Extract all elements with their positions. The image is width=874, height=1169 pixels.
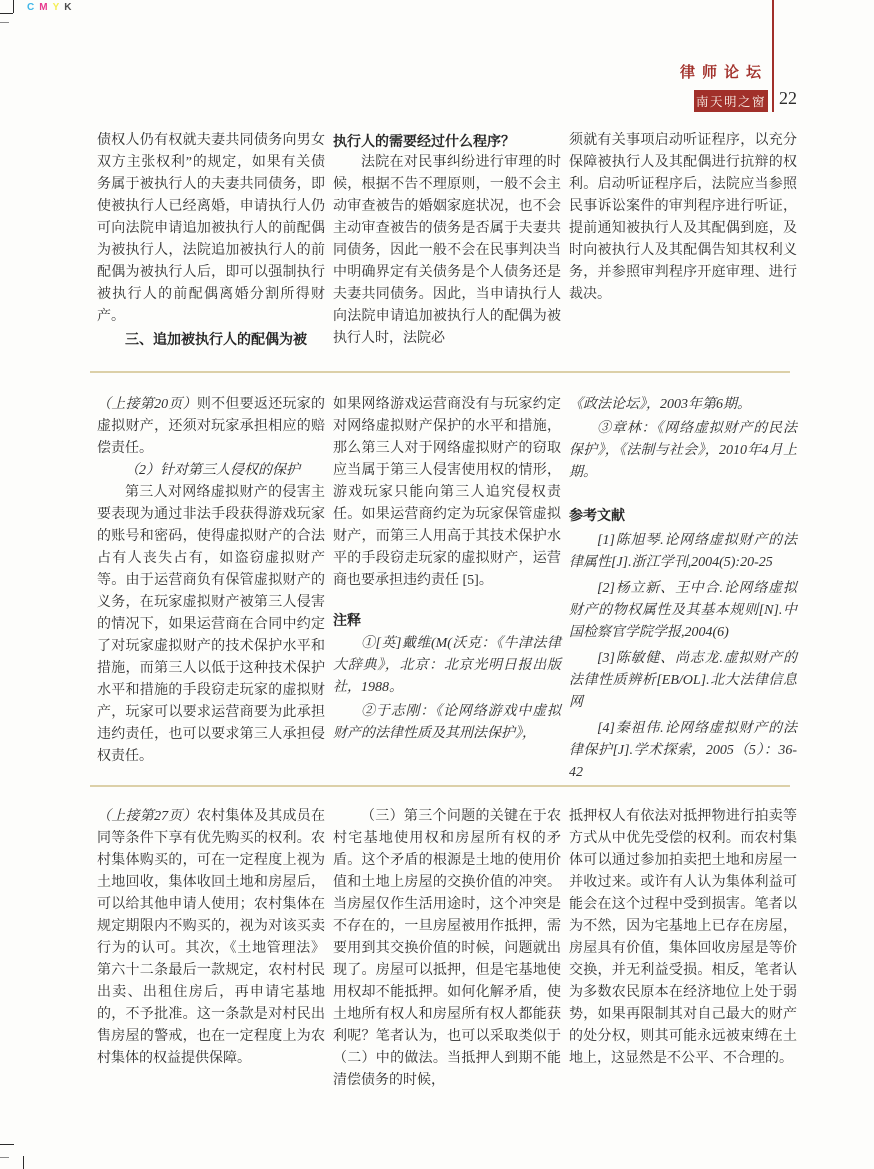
note-item-continued: 《政法论坛》，2003年第6期。 <box>569 394 797 416</box>
body-paragraph: 第三人对网络虚拟财产的侵害主要表现为通过非法手段获得游戏玩家的账号和密码，使得虚… <box>97 482 325 768</box>
inline-section-heading: 三、追加被执行人的配偶为被 <box>97 328 325 350</box>
article-middle-column-1: （上接第20页）则不但要返还玩家的虚拟财产，还须对玩家承担相应的赔偿责任。 （2… <box>97 394 325 784</box>
body-paragraph: （上接第27页）农村集体及其成员在同等条件下享有优先购买的权利。农村集体购买的，… <box>97 806 325 1070</box>
article-bottom: （上接第27页）农村集体及其成员在同等条件下享有优先购买的权利。农村集体购买的，… <box>97 806 797 1092</box>
body-paragraph: 须就有关事项启动听证程序，以充分保障被执行人及其配偶进行抗辩的权利。启动听证程序… <box>569 130 797 306</box>
paragraph-text: 农村集体及其成员在同等条件下享有优先购买的权利。农村集体购买的，可在一定程度上视… <box>97 809 325 1066</box>
body-paragraph: （三）第三个问题的关键在于农村宅基地使用权和房屋所有权的矛盾。这个矛盾的根源是土… <box>333 806 561 1092</box>
cmyk-y-label: Y <box>53 2 60 13</box>
body-paragraph: 如果网络游戏运营商没有与玩家约定对网络虚拟财产保护的水平和措施，那么第三人对于网… <box>333 394 561 592</box>
sub-heading: （2）针对第三人侵权的保护 <box>97 460 325 482</box>
reference-item: [1]陈旭琴.论网络虚拟财产的法律属性[J].浙江学刊,2004(5):20-2… <box>569 530 797 574</box>
crop-mark <box>13 0 14 13</box>
note-item: ③章林：《网络虚拟财产的民法保护》，《法制与社会》，2010年4月上期。 <box>569 418 797 484</box>
article-top: 债权人仍有权就夫妻共同债务向男女双方主张权利”的规定，如果有关债务属于被执行人的… <box>97 130 797 350</box>
continued-from-note: （上接第27页） <box>97 809 197 824</box>
article-bottom-column-3: 抵押权人有依法对抵押物进行拍卖等方式从中优先受偿的权利。而农村集体可以通过参加拍… <box>569 806 797 1092</box>
article-middle-column-3: 《政法论坛》，2003年第6期。 ③章林：《网络虚拟财产的民法保护》，《法制与社… <box>569 394 797 784</box>
article-bottom-column-1: （上接第27页）农村集体及其成员在同等条件下享有优先购买的权利。农村集体购买的，… <box>97 806 325 1092</box>
cmyk-c-label: C <box>27 2 34 13</box>
article-bottom-column-2: （三）第三个问题的关键在于农村宅基地使用权和房屋所有权的矛盾。这个矛盾的根源是土… <box>333 806 561 1092</box>
section-separator <box>90 785 790 787</box>
body-paragraph: 法院在对民事纠纷进行审理的时候，根据不告不理原则，一般不会主动审查被告的婚姻家庭… <box>333 152 561 350</box>
journal-page: CMYK 律师论坛 南天明之窗 22 债权人仍有权就夫妻共同债务向男女双方主张权… <box>0 0 874 1169</box>
cmyk-k-label: K <box>64 2 71 13</box>
reference-item: [4]秦祖伟.论网络虚拟财产的法律保护[J].学术探索，2005（5）：36-4… <box>569 718 797 784</box>
notes-heading: 注释 <box>333 609 561 631</box>
body-paragraph: 抵押权人有依法对抵押物进行拍卖等方式从中优先受偿的权利。而农村集体可以通过参加拍… <box>569 806 797 1070</box>
crop-mark <box>0 1144 14 1145</box>
body-paragraph: （上接第20页）则不但要返还玩家的虚拟财产，还须对玩家承担相应的赔偿责任。 <box>97 394 325 460</box>
cmyk-print-marks: CMYK <box>27 2 76 13</box>
article-top-column-2: 执行人的需要经过什么程序？ 法院在对民事纠纷进行审理的时候，根据不告不理原则，一… <box>333 130 561 350</box>
continued-from-note: （上接第20页） <box>97 397 197 412</box>
cmyk-m-label: M <box>39 2 47 13</box>
column-title-badge: 南天明之窗 <box>694 90 768 112</box>
article-top-column-1: 债权人仍有权就夫妻共同债务向男女双方主张权利”的规定，如果有关债务属于被执行人的… <box>97 130 325 350</box>
header-vertical-rule <box>772 0 774 112</box>
body-paragraph: 债权人仍有权就夫妻共同债务向男女双方主张权利”的规定，如果有关债务属于被执行人的… <box>97 130 325 328</box>
crop-mark <box>0 22 9 23</box>
article-top-column-3: 须就有关事项启动听证程序，以充分保障被执行人及其配偶进行抗辩的权利。启动听证程序… <box>569 130 797 350</box>
references-heading: 参考文献 <box>569 504 797 526</box>
crop-mark <box>23 1156 24 1169</box>
reference-item: [3]陈敏健、尚志龙.虚拟财产的法律性质辨析[EB/OL].北大法律信息网 <box>569 648 797 714</box>
section-separator <box>90 371 790 373</box>
column-title-label: 南天明之窗 <box>696 92 766 110</box>
page-number: 22 <box>779 88 797 109</box>
crop-mark <box>0 1157 9 1158</box>
article-middle-column-2: 如果网络游戏运营商没有与玩家约定对网络虚拟财产保护的水平和措施，那么第三人对于网… <box>333 394 561 784</box>
note-item: ②于志刚：《论网络游戏中虚拟财产的法律性质及其刑法保护》， <box>333 701 561 745</box>
inline-section-heading: 执行人的需要经过什么程序？ <box>333 130 561 152</box>
article-middle: （上接第20页）则不但要返还玩家的虚拟财产，还须对玩家承担相应的赔偿责任。 （2… <box>97 394 797 784</box>
crop-mark <box>0 13 13 14</box>
note-item: ①[英]戴维(M(沃克：《牛津法律大辞典》，北京：北京光明日报出版社，1988。 <box>333 633 561 699</box>
section-title: 律师论坛 <box>646 61 768 82</box>
reference-item: [2]杨立新、王中合.论网络虚拟财产的物权属性及其基本规则[N].中国检察官学院… <box>569 578 797 644</box>
